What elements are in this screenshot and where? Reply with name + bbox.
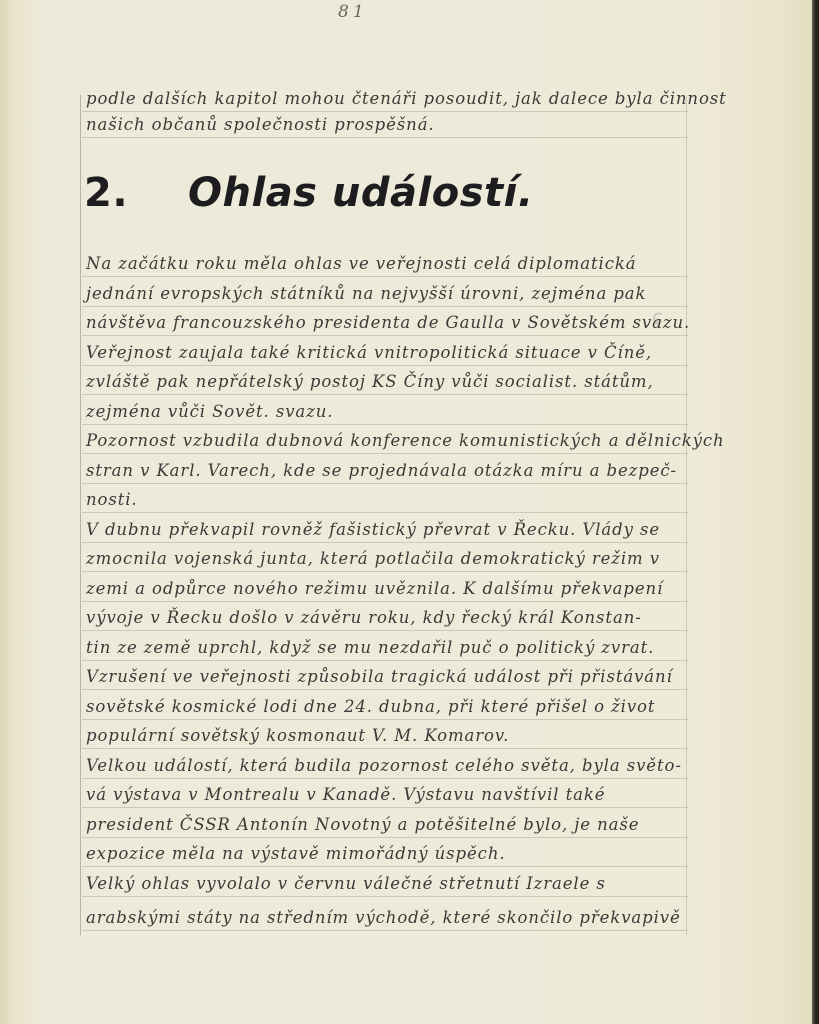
body-line: populární sovětský kosmonaut V. M. Komar… xyxy=(86,726,706,746)
ruled-line xyxy=(82,601,688,602)
ruled-line xyxy=(82,807,688,808)
body-line: Pozornost vzbudila dubnová konference ko… xyxy=(86,431,706,451)
ruled-line xyxy=(82,689,688,690)
body-line: návštěva francouzského presidenta de Gau… xyxy=(86,313,706,333)
right-margin-rule xyxy=(686,95,687,935)
body-line: zvláště pak nepřátelský postoj KS Číny v… xyxy=(86,372,706,392)
ruled-line xyxy=(82,748,688,749)
ruled-line xyxy=(82,896,688,897)
body-line: tin ze země uprchl, když se mu nezdařil … xyxy=(86,638,706,658)
section-title: Ohlas událostí. xyxy=(188,170,534,216)
ruled-line xyxy=(82,719,688,720)
ruled-line xyxy=(82,137,688,138)
body-line: Na začátku roku měla ohlas ve veřejnosti… xyxy=(86,254,706,274)
ruled-line xyxy=(82,111,688,112)
intro-line: podle dalších kapitol mohou čtenáři poso… xyxy=(86,89,706,109)
body-line: jednání evropských státníků na nejvyšší … xyxy=(86,284,706,304)
ruled-line xyxy=(82,276,688,277)
body-line: nosti. xyxy=(86,490,706,510)
ruled-line xyxy=(82,930,688,931)
body-line: Velkou událostí, která budila pozornost … xyxy=(86,756,706,776)
ruled-line xyxy=(82,778,688,779)
ruled-line xyxy=(82,542,688,543)
ruled-line xyxy=(82,660,688,661)
ruled-line xyxy=(82,630,688,631)
body-line: Vzrušení ve veřejnosti způsobila tragick… xyxy=(86,667,706,687)
body-line: sovětské kosmické lodi dne 24. dubna, př… xyxy=(86,697,706,717)
ruled-line xyxy=(82,306,688,307)
left-margin-rule xyxy=(80,95,81,935)
ruled-line xyxy=(82,571,688,572)
body-line: zmocnila vojenská junta, která potlačila… xyxy=(86,549,706,569)
scanned-page: 81 podle dalších kapitol mohou čtenáři p… xyxy=(0,0,812,1024)
ruled-line xyxy=(82,424,688,425)
body-line: arabskými státy na středním východě, kte… xyxy=(86,908,706,928)
section-heading: 2.Ohlas událostí. xyxy=(84,170,534,216)
section-number: 2. xyxy=(84,170,188,216)
ruled-line xyxy=(82,837,688,838)
body-line: zejména vůči Sovět. svazu. xyxy=(86,402,706,422)
body-line: expozice měla na výstavě mimořádný úspěc… xyxy=(86,844,706,864)
ruled-line xyxy=(82,453,688,454)
body-line: vývoje v Řecku došlo v závěru roku, kdy … xyxy=(86,608,706,628)
body-line: Velký ohlas vyvolalo v červnu válečné st… xyxy=(86,874,706,894)
ruled-line xyxy=(82,866,688,867)
body-line: vá výstava v Montrealu v Kanadě. Výstavu… xyxy=(86,785,706,805)
ruled-line xyxy=(82,483,688,484)
ruled-line xyxy=(82,365,688,366)
body-line: stran v Karl. Varech, kde se projednával… xyxy=(86,461,706,481)
intro-line: našich občanů společnosti prospěšná. xyxy=(86,115,706,135)
body-line: Veřejnost zaujala také kritická vnitropo… xyxy=(86,343,706,363)
ruled-line xyxy=(82,335,688,336)
body-line: president ČSSR Antonín Novotný a potěšit… xyxy=(86,815,706,835)
ruled-line xyxy=(82,512,688,513)
body-line: V dubnu překvapil rovněž fašistický přev… xyxy=(86,520,706,540)
page-number: 81 xyxy=(338,2,368,22)
body-line: zemi a odpůrce nového režimu uvěznila. K… xyxy=(86,579,706,599)
ruled-line xyxy=(82,394,688,395)
book-edge xyxy=(812,0,819,1024)
